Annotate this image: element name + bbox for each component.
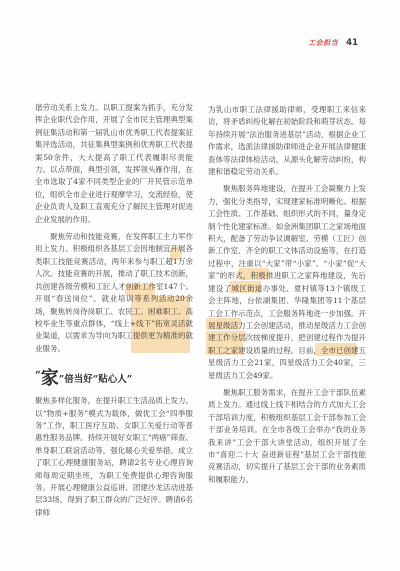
paragraph-right-2: 聚焦服务阵地建设，在提升工会凝聚力上发力，强化分类指导，实现建家标准明晰化。根据…: [208, 183, 366, 382]
paragraph-left-2: 聚焦劳动和技能竞赛，在发挥职工主力军作用上发力。积极组织各基层工会因地制宜开展各…: [35, 231, 193, 355]
section-label: 工会担当: [308, 38, 338, 48]
paragraph-right-continuation: 为乳山市职工法律援助律师，受理职工来信来访，将矛盾纠纷化解在初始阶段和萌芽状态。…: [208, 104, 366, 178]
paragraph-right-3: 聚焦职工服务需求，在提升工会干部队伍素质上发力。通过线上线下相结合的方式加大工会…: [208, 387, 366, 486]
section-heading: “家”倍当好“贴心人”: [35, 366, 193, 392]
page: 工会担当 41 谐劳动关系上发力。以职工提案为抓手，充分发挥企业职代会作用，开展…: [0, 0, 400, 571]
heading-big-char: 家: [41, 368, 59, 389]
heading-rest: ”倍当好“贴心人”: [59, 374, 132, 385]
page-number: 41: [346, 38, 358, 48]
paragraph-left-3: 聚焦多样化服务，在提升职工生活品质上发力。以“物质+服务”模式为载体，做优工会“…: [35, 395, 193, 519]
running-header: 工会担当 41: [308, 38, 358, 48]
paragraph-left-continuation: 谐劳动关系上发力。以职工提案为抓手，充分发挥企业职代会作用，开展了全市民主管理典…: [35, 102, 193, 226]
left-column: 谐劳动关系上发力。以职工提案为抓手，充分发挥企业职代会作用，开展了全市民主管理典…: [35, 102, 193, 519]
right-column: 为乳山市职工法律援助律师，受理职工来信来访，将矛盾纠纷化解在初始阶段和萌芽状态。…: [208, 104, 366, 486]
